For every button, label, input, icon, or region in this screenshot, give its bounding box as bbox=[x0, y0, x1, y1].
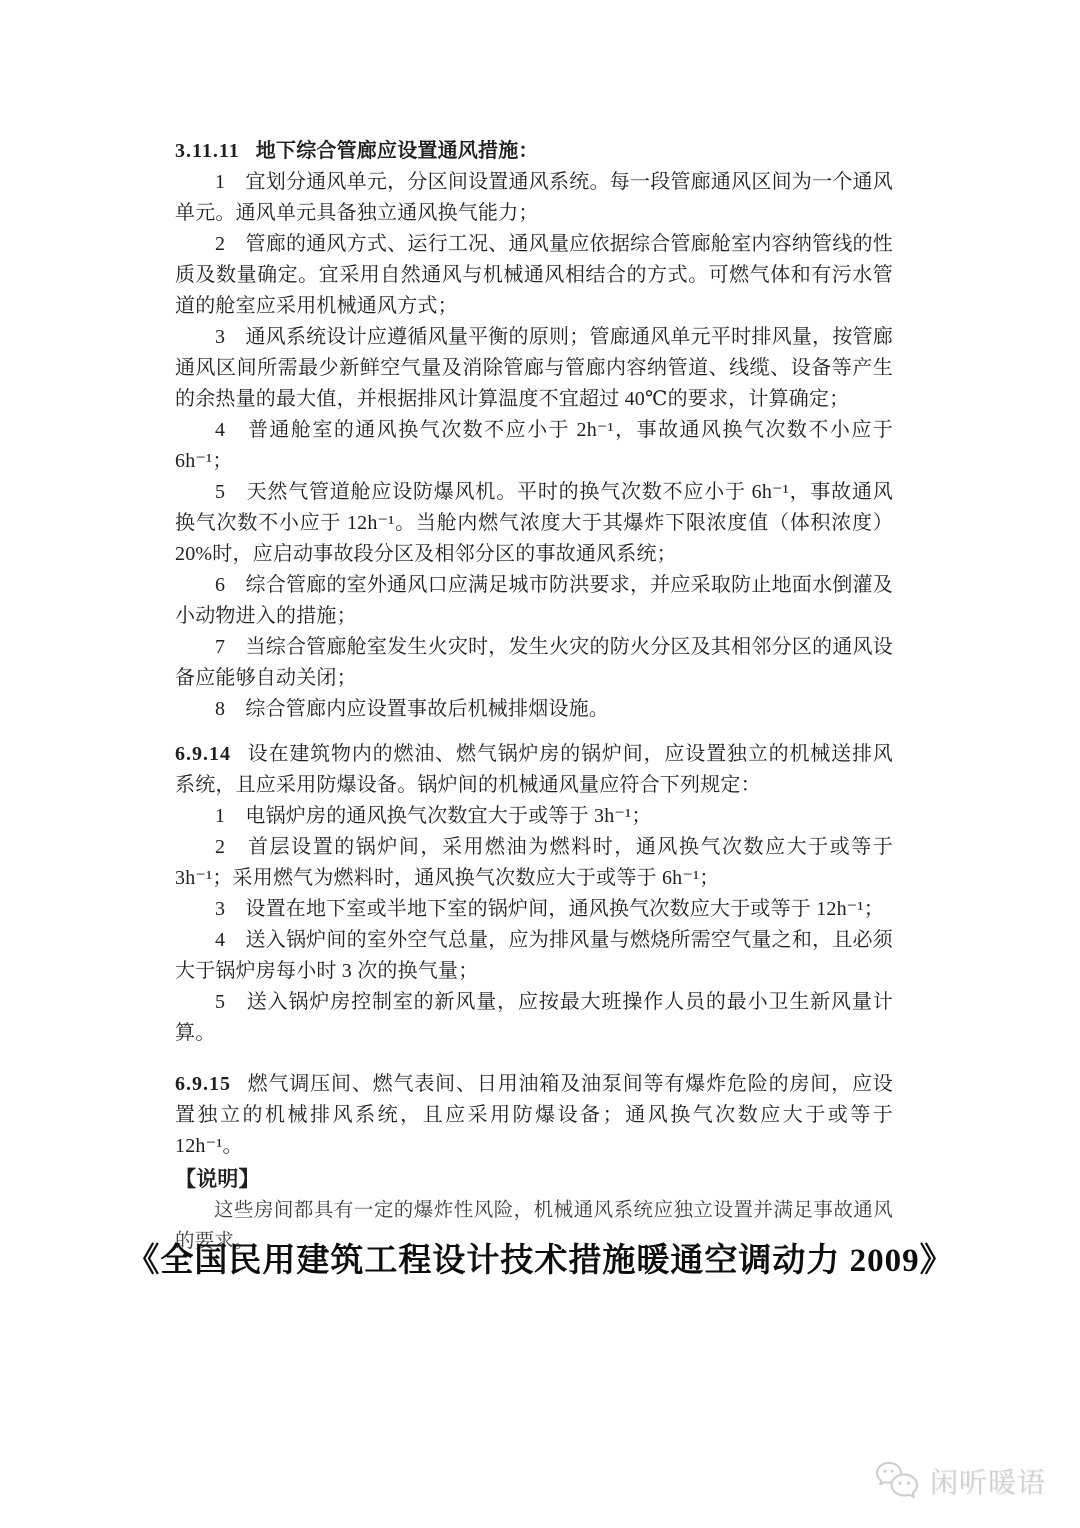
clause-item: 7 当综合管廊舱室发生火灾时，发生火灾的防火分区及其相邻分区的通风设备应能够自动… bbox=[175, 632, 893, 694]
watermark-text: 闲听暖语 bbox=[930, 1461, 1046, 1501]
clause-item: 4 普通舱室的通风换气次数不应小于 2h⁻¹，事故通风换气次数不小应于 6h⁻¹… bbox=[175, 415, 893, 477]
clause-item: 5 送入锅炉房控制室的新风量，应按最大班操作人员的最小卫生新风量计算。 bbox=[175, 987, 893, 1049]
clause-item: 1 电锅炉房的通风换气次数宜大于或等于 3h⁻¹； bbox=[175, 801, 893, 832]
clause-heading-text: 地下综合管廊应设置通风措施： bbox=[256, 140, 539, 162]
clause-6-9-14: 6.9.14设在建筑物内的燃油、燃气锅炉房的锅炉间，应设置独立的机械送排风系统，… bbox=[175, 739, 893, 801]
note-label: 【说明】 bbox=[175, 1164, 893, 1195]
scanned-document-page: 3.11.11地下综合管廊应设置通风措施： 1 宜划分通风单元，分区间设置通风系… bbox=[0, 0, 1080, 1528]
clause-item: 2 管廊的通风方式、运行工况、通风量应依据综合管廊舱室内容纳管线的性质及数量确定… bbox=[175, 229, 893, 322]
clause-item: 3 通风系统设计应遵循风量平衡的原则；管廊通风单元平时排风量，按管廊通风区间所需… bbox=[175, 322, 893, 415]
document-body: 3.11.11地下综合管廊应设置通风措施： 1 宜划分通风单元，分区间设置通风系… bbox=[175, 136, 893, 1257]
clause-item: 4 送入锅炉间的室外空气总量，应为排风量与燃烧所需空气量之和，且必须大于锅炉房每… bbox=[175, 925, 893, 987]
clause-item: 3 设置在地下室或半地下室的锅炉间，通风换气次数应大于或等于 12h⁻¹； bbox=[175, 894, 893, 925]
clause-3-11-11-heading: 3.11.11地下综合管廊应设置通风措施： bbox=[175, 136, 893, 167]
clause-number: 6.9.14 bbox=[175, 743, 231, 765]
clause-item: 6 综合管廊的室外通风口应满足城市防洪要求，并应采取防止地面水倒灌及小动物进入的… bbox=[175, 570, 893, 632]
wechat-icon bbox=[874, 1460, 922, 1502]
clause-6-9-15: 6.9.15燃气调压间、燃气表间、日用油箱及油泵间等有爆炸危险的房间，应设置独立… bbox=[175, 1069, 893, 1162]
clause-body-text: 燃气调压间、燃气表间、日用油箱及油泵间等有爆炸危险的房间，应设置独立的机械排风系… bbox=[175, 1073, 893, 1157]
book-title: 《全国民用建筑工程设计技术措施暖通空调动力 2009》 bbox=[0, 1234, 1080, 1281]
clause-item: 5 天然气管道舱应设防爆风机。平时的换气次数不应小于 6h⁻¹，事故通风换气次数… bbox=[175, 477, 893, 570]
clause-number: 6.9.15 bbox=[175, 1073, 231, 1095]
watermark: 闲听暖语 bbox=[874, 1460, 1046, 1502]
clause-body-text: 设在建筑物内的燃油、燃气锅炉房的锅炉间，应设置独立的机械送排风系统，且应采用防爆… bbox=[175, 743, 893, 796]
clause-number: 3.11.11 bbox=[175, 140, 240, 162]
clause-item: 1 宜划分通风单元，分区间设置通风系统。每一段管廊通风区间为一个通风单元。通风单… bbox=[175, 167, 893, 229]
clause-item: 2 首层设置的锅炉间，采用燃油为燃料时，通风换气次数应大于或等于 3h⁻¹；采用… bbox=[175, 832, 893, 894]
clause-item: 8 综合管廊内应设置事故后机械排烟设施。 bbox=[175, 694, 893, 725]
